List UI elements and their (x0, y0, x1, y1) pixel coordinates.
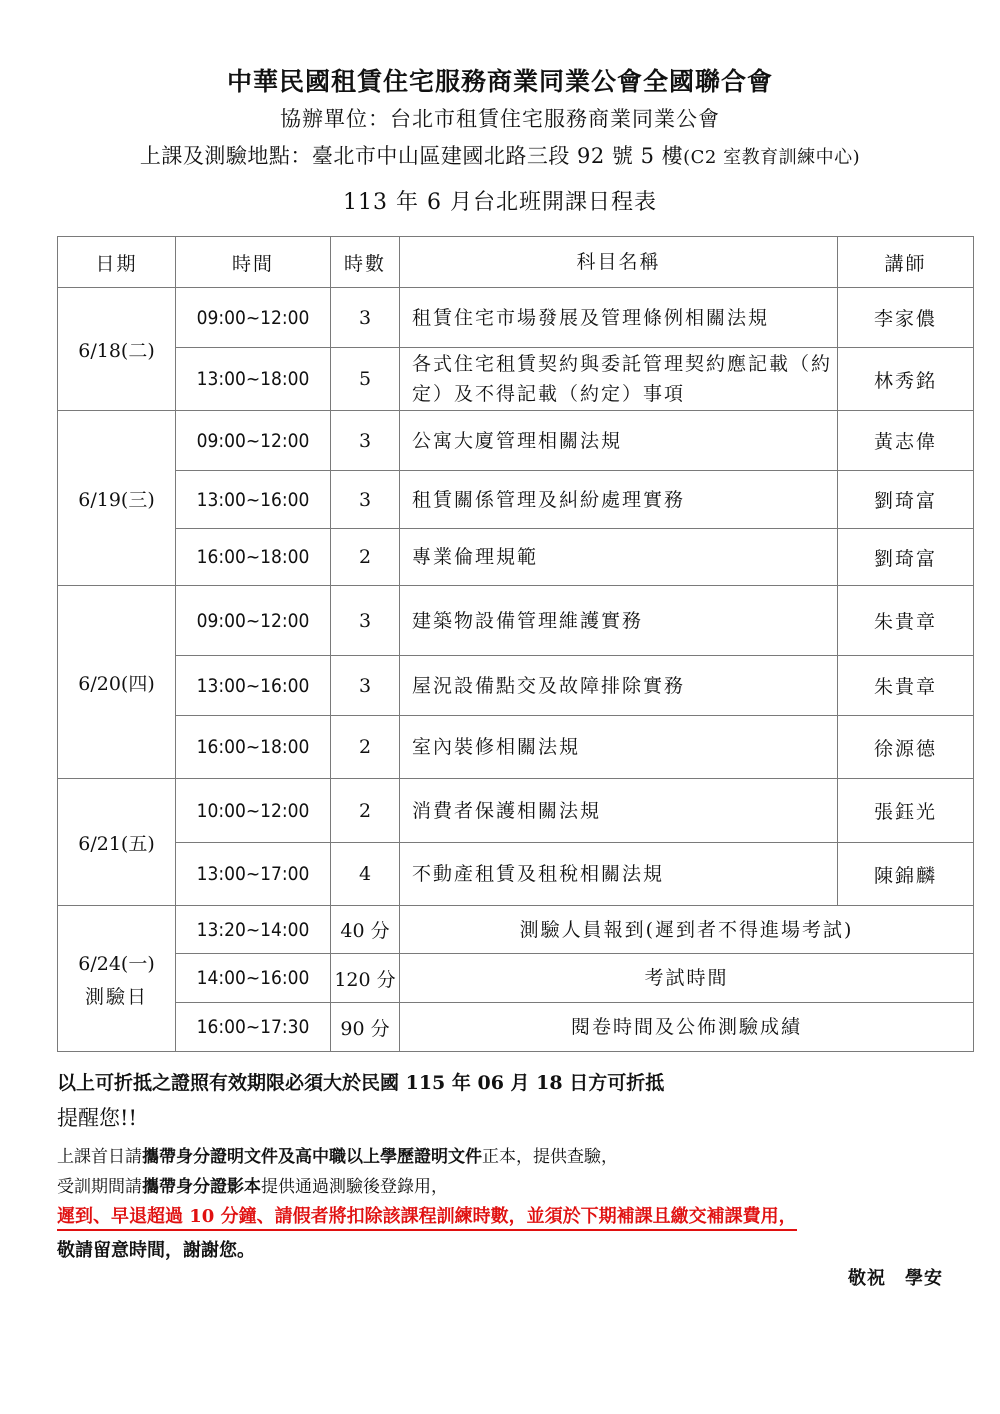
subject-cell: 各式住宅租賃契約與委託管理契約應記載（約定）及不得記載（約定）事項 (400, 348, 838, 411)
date-cell: 6/19(三) (58, 411, 176, 586)
table-row: 13:00~16:00 3 屋況設備點交及故障排除實務 朱貴章 (58, 656, 974, 716)
sign-off: 敬祝 學安 (848, 1264, 943, 1290)
reminder-line-id-copy: 受訓期間請攜帶身分證影本提供通過測驗後登錄用， (57, 1172, 448, 1197)
table-row: 6/18(二) 09:00~12:00 3 租賃住宅市場發展及管理條例相關法規 … (58, 288, 974, 348)
exam-item-cell: 測驗人員報到(遲到者不得進場考試) (400, 906, 974, 954)
table-row: 13:00~16:00 3 租賃關係管理及糾紛處理實務 劉琦富 (58, 471, 974, 529)
time-cell: 09:00~12:00 (176, 411, 331, 471)
header-hours: 時數 (331, 237, 400, 288)
time-cell: 16:00~18:00 (176, 716, 331, 779)
exam-date-cell: 6/24(一) 測驗日 (58, 906, 176, 1052)
text: 上課首日請 (57, 1147, 142, 1167)
reminder-title: 提醒您!! (57, 1102, 137, 1132)
instructor-cell: 朱貴章 (838, 586, 974, 656)
subject-cell: 專業倫理規範 (400, 529, 838, 586)
schedule-title: 113 年 6 月台北班開課日程表 (0, 185, 1000, 216)
time-cell: 09:00~12:00 (176, 288, 331, 348)
bold-text: 攜帶身分證明文件 (142, 1147, 278, 1167)
duration-cell: 120 分 (331, 954, 400, 1003)
time-cell: 09:00~12:00 (176, 586, 331, 656)
location: 上課及測驗地點：臺北市中山區建國北路三段 92 號 5 樓(C2 室教育訓練中心… (0, 140, 1000, 170)
header-instructor: 講師 (838, 237, 974, 288)
duration-cell: 90 分 (331, 1003, 400, 1052)
text: 受訓期間請 (57, 1177, 142, 1197)
time-cell: 16:00~17:30 (176, 1003, 331, 1052)
document-title: 中華民國租賃住宅服務商業同業公會全國聯合會 (0, 62, 1000, 98)
text: 提供通過測驗後登錄用， (261, 1177, 448, 1197)
co-organizer: 協辦單位：台北市租賃住宅服務商業同業公會 (0, 103, 1000, 133)
subject-cell: 不動產租賃及租稅相關法規 (400, 843, 838, 906)
instructor-cell: 朱貴章 (838, 656, 974, 716)
subject-cell: 公寓大廈管理相關法規 (400, 411, 838, 471)
exam-row: 14:00~16:00 120 分 考試時間 (58, 954, 974, 1003)
header-subject: 科目名稱 (400, 237, 838, 288)
bold-text: 高中職以上學歷證明文件 (295, 1147, 482, 1167)
instructor-cell: 林秀銘 (838, 348, 974, 411)
header-date: 日期 (58, 237, 176, 288)
hours-cell: 2 (331, 529, 400, 586)
header-time: 時間 (176, 237, 331, 288)
time-cell: 16:00~18:00 (176, 529, 331, 586)
hours-cell: 2 (331, 716, 400, 779)
instructor-cell: 劉琦富 (838, 471, 974, 529)
bold-text: 及 (278, 1147, 295, 1167)
time-cell: 13:00~16:00 (176, 471, 331, 529)
table-row: 13:00~18:00 5 各式住宅租賃契約與委託管理契約應記載（約定）及不得記… (58, 348, 974, 411)
bold-text: 攜帶身分證影本 (142, 1177, 261, 1197)
reminder-line-documents: 上課首日請攜帶身分證明文件及高中職以上學歷證明文件正本，提供查驗， (57, 1142, 618, 1167)
exam-item-cell: 閱卷時間及公佈測驗成績 (400, 1003, 974, 1052)
table-row: 6/20(四) 09:00~12:00 3 建築物設備管理維護實務 朱貴章 (58, 586, 974, 656)
time-cell: 13:00~17:00 (176, 843, 331, 906)
exam-row: 16:00~17:30 90 分 閱卷時間及公佈測驗成績 (58, 1003, 974, 1052)
location-room: (C2 室教育訓練中心) (683, 147, 860, 168)
table-row: 13:00~17:00 4 不動產租賃及租稅相關法規 陳錦麟 (58, 843, 974, 906)
instructor-cell: 李家儂 (838, 288, 974, 348)
hours-cell: 2 (331, 779, 400, 843)
schedule-table: 日期 時間 時數 科目名稱 講師 6/18(二) 09:00~12:00 3 租… (57, 236, 974, 1052)
exam-row: 6/24(一) 測驗日 13:20~14:00 40 分 測驗人員報到(遲到者不… (58, 906, 974, 954)
subject-cell: 建築物設備管理維護實務 (400, 586, 838, 656)
text: 正本，提供查驗， (482, 1147, 618, 1167)
table-row: 6/21(五) 10:00~12:00 2 消費者保護相關法規 張鈺光 (58, 779, 974, 843)
date-cell: 6/18(二) (58, 288, 176, 411)
instructor-cell: 黃志偉 (838, 411, 974, 471)
table-row: 6/19(三) 09:00~12:00 3 公寓大廈管理相關法規 黃志偉 (58, 411, 974, 471)
exam-date: 6/24(一) (58, 949, 175, 976)
hours-cell: 3 (331, 471, 400, 529)
table-header-row: 日期 時間 時數 科目名稱 講師 (58, 237, 974, 288)
date-cell: 6/21(五) (58, 779, 176, 906)
duration-cell: 40 分 (331, 906, 400, 954)
subject-cell: 屋況設備點交及故障排除實務 (400, 656, 838, 716)
hours-cell: 4 (331, 843, 400, 906)
exam-item-cell: 考試時間 (400, 954, 974, 1003)
hours-cell: 5 (331, 348, 400, 411)
time-cell: 13:00~16:00 (176, 656, 331, 716)
attendance-warning: 遲到、早退超過 10 分鐘、請假者將扣除該課程訓練時數，並須於下期補課且繳交補課… (57, 1202, 797, 1231)
time-cell: 13:20~14:00 (176, 906, 331, 954)
hours-cell: 3 (331, 586, 400, 656)
time-cell: 10:00~12:00 (176, 779, 331, 843)
date-cell: 6/20(四) (58, 586, 176, 779)
table-row: 16:00~18:00 2 專業倫理規範 劉琦富 (58, 529, 974, 586)
subject-cell: 租賃關係管理及糾紛處理實務 (400, 471, 838, 529)
table-row: 16:00~18:00 2 室內裝修相關法規 徐源德 (58, 716, 974, 779)
time-cell: 14:00~16:00 (176, 954, 331, 1003)
validity-note: 以上可折抵之證照有效期限必須大於民國 115 年 06 月 18 日方可折抵 (57, 1068, 664, 1095)
instructor-cell: 陳錦麟 (838, 843, 974, 906)
instructor-cell: 徐源德 (838, 716, 974, 779)
closing-line: 敬請留意時間，謝謝您。 (57, 1236, 255, 1262)
instructor-cell: 劉琦富 (838, 529, 974, 586)
hours-cell: 3 (331, 288, 400, 348)
hours-cell: 3 (331, 656, 400, 716)
hours-cell: 3 (331, 411, 400, 471)
time-cell: 13:00~18:00 (176, 348, 331, 411)
subject-cell: 租賃住宅市場發展及管理條例相關法規 (400, 288, 838, 348)
exam-day-label: 測驗日 (58, 982, 175, 1009)
subject-cell: 消費者保護相關法規 (400, 779, 838, 843)
instructor-cell: 張鈺光 (838, 779, 974, 843)
location-main: 上課及測驗地點：臺北市中山區建國北路三段 92 號 5 樓 (140, 144, 683, 168)
subject-cell: 室內裝修相關法規 (400, 716, 838, 779)
